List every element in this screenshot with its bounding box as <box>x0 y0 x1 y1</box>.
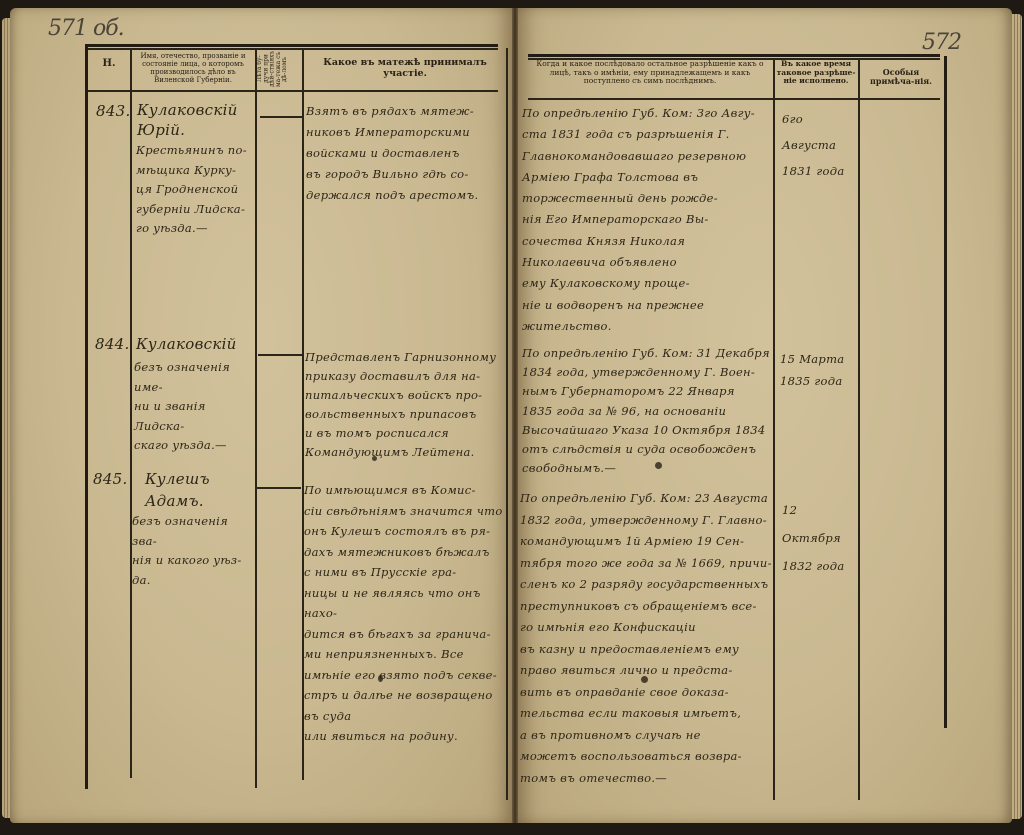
rule-num-name <box>130 48 132 778</box>
row-845-age-dash <box>257 487 301 489</box>
row-843-name: Кулаковскій Юрій. <box>137 100 255 140</box>
ink-spot <box>378 675 383 682</box>
row-844-number: 844. <box>95 333 130 357</box>
left-outer-rule <box>85 44 88 789</box>
row-845-resolution: По опредѣленію Губ. Ком: 23 Августа 1832… <box>520 488 774 789</box>
row-845-executed: 12 Октября 1832 года <box>782 496 858 580</box>
row-844-executed: 15 Марта 1835 года <box>780 348 858 392</box>
row-844-age-dash <box>258 354 302 356</box>
header-executed: Въ какое время таковое разрѣше-ніе испол… <box>775 60 857 86</box>
right-header-bottom-rule <box>528 98 940 100</box>
rule-exec-notes <box>858 58 860 800</box>
book-gutter <box>512 8 518 823</box>
left-header-bottom-rule <box>88 90 498 92</box>
row-844-resolution: По опредѣленію Губ. Ком: 31 Декабря 1834… <box>522 344 774 478</box>
header-participation: Какое въ матежѣ принималъ участіе. <box>306 58 504 80</box>
header-age: Лѣта бу-дучи при дѣй-ствіяхъ ма-тежа съ … <box>257 50 301 88</box>
header-number: Н. <box>90 58 128 70</box>
row-843-number: 843. <box>96 100 131 124</box>
right-page-number: 572 <box>922 30 961 55</box>
header-name: Имя, отечество, прозваніе и состояніе ли… <box>133 52 253 84</box>
row-845-number: 845. <box>93 468 128 492</box>
row-843-status: Крестьянинъ по- мѣщика Курку- ця Гроднен… <box>136 141 256 239</box>
header-resolution: Когда и какое послѣдовало остальное разр… <box>528 60 772 86</box>
ink-spot <box>655 462 662 469</box>
ink-spot <box>641 676 648 683</box>
left-inner-rule <box>506 48 508 800</box>
row-844-status: безъ означенія име- ни и званія Лидска- … <box>134 358 254 456</box>
row-843-age-dash <box>260 116 304 118</box>
header-notes: Особыя примѣча-нія. <box>860 68 942 86</box>
right-outer-rule <box>944 56 947 728</box>
row-845-participation: По имѣющимся въ Комис- сіи свѣдѣніямъ зн… <box>304 480 506 747</box>
row-843-executed: 6го Августа 1831 года <box>782 106 858 184</box>
row-844-participation: Представленъ Гарнизонному приказу достав… <box>305 348 505 462</box>
row-844-name: Кулаковскій <box>136 333 254 357</box>
row-843-resolution: По опредѣленію Губ. Ком: 3го Авгу- ста 1… <box>522 103 774 337</box>
row-843-participation: Взятъ въ рядахъ мятеж- никовъ Императорс… <box>306 101 506 206</box>
book-spread: 571 об. 572 Н. Имя, отечество, прозваніе… <box>0 0 1024 835</box>
ink-spot <box>372 456 377 461</box>
row-845-name: Кулешъ Адамъ. <box>145 468 255 512</box>
left-top-rule <box>88 44 498 47</box>
right-top-rule <box>528 54 940 57</box>
row-845-status: безъ означенія зва- нія и какого уѣз- да… <box>132 512 256 590</box>
left-page-number: 571 об. <box>48 16 124 41</box>
